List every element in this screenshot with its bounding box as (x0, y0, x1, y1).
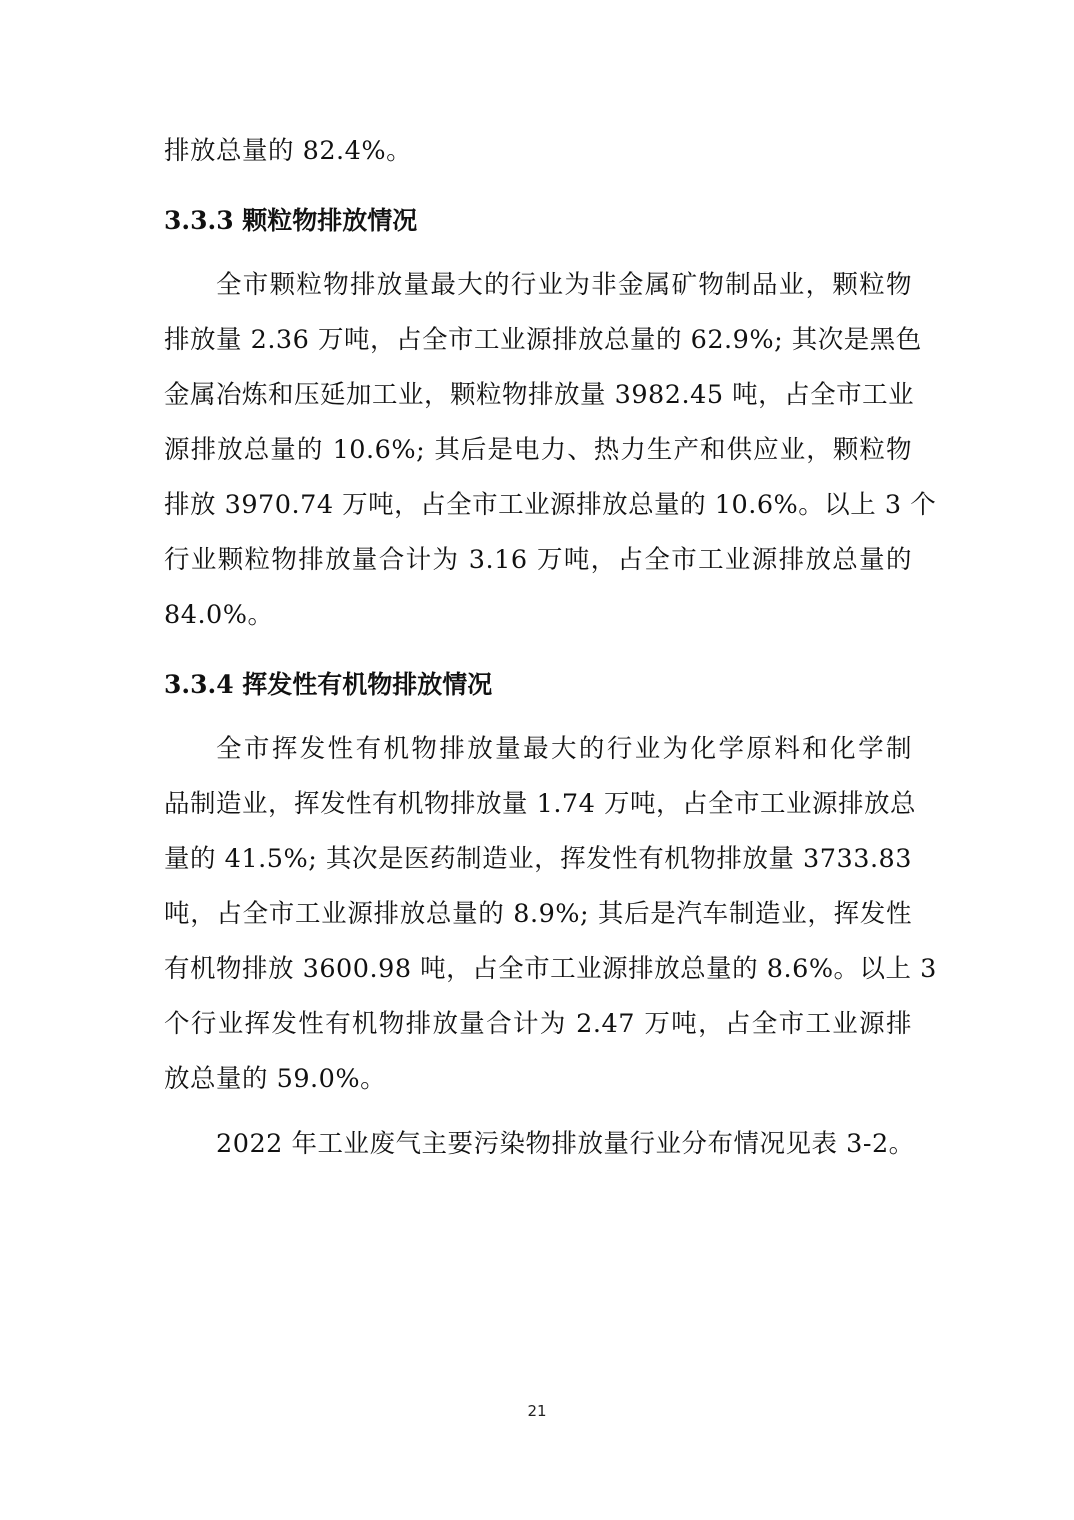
paragraph-line: 品制造业，挥发性有机物排放量 1.74 万吨，占全市工业源排放总 (164, 777, 912, 832)
paragraph-line: 排放量 2.36 万吨，占全市工业源排放总量的 62.9%; 其次是黑色 (164, 313, 912, 368)
paragraph-line: 84.0%。 (164, 588, 912, 643)
paragraph-line: 全市挥发性有机物排放量最大的行业为化学原料和化学制 (164, 722, 912, 777)
paragraph-line: 排放 3970.74 万吨，占全市工业源排放总量的 10.6%。以上 3 个 (164, 478, 912, 533)
paragraph-line: 2022 年工业废气主要污染物排放量行业分布情况见表 3-2。 (164, 1117, 912, 1172)
paragraph-line: 金属冶炼和压延加工业，颗粒物排放量 3982.45 吨，占全市工业 (164, 368, 912, 423)
table-reference-paragraph: 2022 年工业废气主要污染物排放量行业分布情况见表 3-2。 (164, 1117, 912, 1172)
page-number: 21 (0, 1402, 1074, 1420)
paragraph-line: 个行业挥发性有机物排放量合计为 2.47 万吨，占全市工业源排 (164, 997, 912, 1052)
page-content: 排放总量的 82.4%。 3.3.3 颗粒物排放情况 全市颗粒物排放量最大的行业… (164, 124, 912, 1172)
paragraph-line: 有机物排放 3600.98 吨，占全市工业源排放总量的 8.6%。以上 3 (164, 942, 912, 997)
paragraph-line: 放总量的 59.0%。 (164, 1052, 912, 1107)
continuation-paragraph: 排放总量的 82.4%。 (164, 124, 912, 179)
section-heading-3-3-4: 3.3.4 挥发性有机物排放情况 (164, 657, 912, 712)
paragraph-line: 行业颗粒物排放量合计为 3.16 万吨，占全市工业源排放总量的 (164, 533, 912, 588)
paragraph-line: 排放总量的 82.4%。 (164, 124, 912, 179)
paragraph-line: 量的 41.5%; 其次是医药制造业，挥发性有机物排放量 3733.83 (164, 832, 912, 887)
voc-paragraph: 全市挥发性有机物排放量最大的行业为化学原料和化学制 品制造业，挥发性有机物排放量… (164, 722, 912, 1107)
paragraph-line: 全市颗粒物排放量最大的行业为非金属矿物制品业，颗粒物 (164, 258, 912, 313)
paragraph-line: 源排放总量的 10.6%; 其后是电力、热力生产和供应业，颗粒物 (164, 423, 912, 478)
document-page: 排放总量的 82.4%。 3.3.3 颗粒物排放情况 全市颗粒物排放量最大的行业… (0, 0, 1074, 1520)
paragraph-line: 吨，占全市工业源排放总量的 8.9%; 其后是汽车制造业，挥发性 (164, 887, 912, 942)
section-heading-3-3-3: 3.3.3 颗粒物排放情况 (164, 193, 912, 248)
particulate-paragraph: 全市颗粒物排放量最大的行业为非金属矿物制品业，颗粒物 排放量 2.36 万吨，占… (164, 258, 912, 643)
